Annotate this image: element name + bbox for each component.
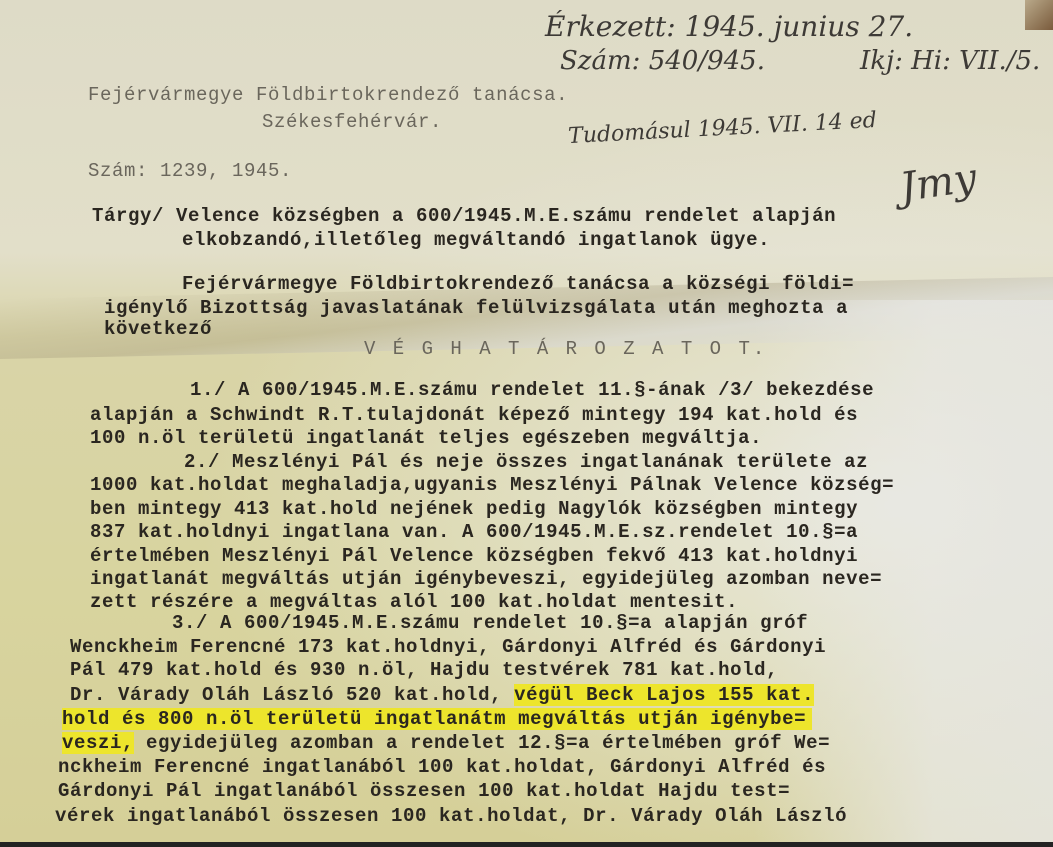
para3-line-6: veszi, egyidejüleg azomban a rendelet 12… bbox=[62, 732, 830, 754]
subject-line-1: Tárgy/ Velence községben a 600/1945.M.E.… bbox=[92, 205, 836, 227]
para3-line-1: 3./ A 600/1945.M.E.számu rendelet 10.§=a… bbox=[172, 612, 808, 634]
para3-line-2: Wenckheim Ferencné 173 kat.holdnyi, Gárd… bbox=[70, 636, 826, 658]
para2-line-3: ben mintegy 413 kat.hold nejének pedig N… bbox=[90, 498, 858, 520]
reference-note: Ikj: Hi: VII./5. bbox=[860, 46, 1040, 76]
document-page: Érkezett: 1945. junius 27. Szám: 540/945… bbox=[0, 0, 1053, 842]
para3-line-9: vérek ingatlanából összesen 100 kat.hold… bbox=[55, 805, 847, 827]
office-name: Fejérvármegye Földbirtokrendező tanácsa. bbox=[88, 84, 568, 106]
para3-line-6-rest: egyidejüleg azomban a rendelet 12.§=a ér… bbox=[134, 732, 830, 754]
page-corner bbox=[1025, 0, 1053, 30]
para2-line-7: zett részére a megváltas alól 100 kat.ho… bbox=[90, 591, 738, 613]
para3-line-4: Dr. Várady Oláh László 520 kat.hold, vég… bbox=[70, 684, 814, 706]
decision-heading: V É G H A T Á R O Z A T O T. bbox=[364, 338, 767, 360]
para2-line-4: 837 kat.holdnyi ingatlana van. A 600/194… bbox=[90, 521, 858, 543]
para3-line-7: nckheim Ferencné ingatlanából 100 kat.ho… bbox=[58, 756, 826, 778]
highlighted-text-tail: veszi, bbox=[62, 732, 134, 754]
highlighted-line: hold és 800 n.öl területü ingatlanátm me… bbox=[62, 708, 812, 730]
highlighted-text: végül Beck Lajos 155 kat. bbox=[514, 684, 814, 706]
para3-line-3: Pál 479 kat.hold és 930 n.öl, Hajdu test… bbox=[70, 659, 778, 681]
document-number: Szám: 1239, 1945. bbox=[88, 160, 292, 182]
office-city: Székesfehérvár. bbox=[262, 111, 442, 133]
para1-line-2: alapján a Schwindt R.T.tulajdonát képező… bbox=[90, 404, 858, 426]
signature: Jmy bbox=[897, 155, 979, 211]
subject-line-2: elkobzandó,illetőleg megváltandó ingatla… bbox=[182, 229, 770, 251]
para3-line-4-plain: Dr. Várady Oláh László 520 kat.hold, bbox=[70, 684, 514, 706]
para3-line-8: Gárdonyi Pál ingatlanából összesen 100 k… bbox=[58, 780, 790, 802]
intro-line-2: igénylő Bizottság javaslatának felülvizs… bbox=[104, 297, 848, 319]
intro-line-3: következő bbox=[104, 318, 212, 340]
acknowledgement-note: Tudomásul 1945. VII. 14 ed bbox=[568, 108, 878, 149]
para2-line-2: 1000 kat.holdat meghaladja,ugyanis Meszl… bbox=[90, 474, 894, 496]
intro-line-1: Fejérvármegye Földbirtokrendező tanácsa … bbox=[182, 273, 854, 295]
para1-line-1: 1./ A 600/1945.M.E.számu rendelet 11.§-á… bbox=[190, 379, 874, 401]
received-stamp-note: Érkezett: 1945. junius 27. bbox=[545, 10, 913, 43]
para2-line-6: ingatlanát megváltás utján igénybeveszi,… bbox=[90, 568, 882, 590]
para1-line-3: 100 n.öl területü ingatlanát teljes egés… bbox=[90, 427, 762, 449]
image-bottom-border bbox=[0, 842, 1053, 847]
para2-line-1: 2./ Meszlényi Pál és neje összes ingatla… bbox=[184, 451, 868, 473]
registry-number-note: Szám: 540/945. bbox=[560, 46, 765, 76]
para2-line-5: értelmében Meszlényi Pál Velence községb… bbox=[90, 545, 858, 567]
